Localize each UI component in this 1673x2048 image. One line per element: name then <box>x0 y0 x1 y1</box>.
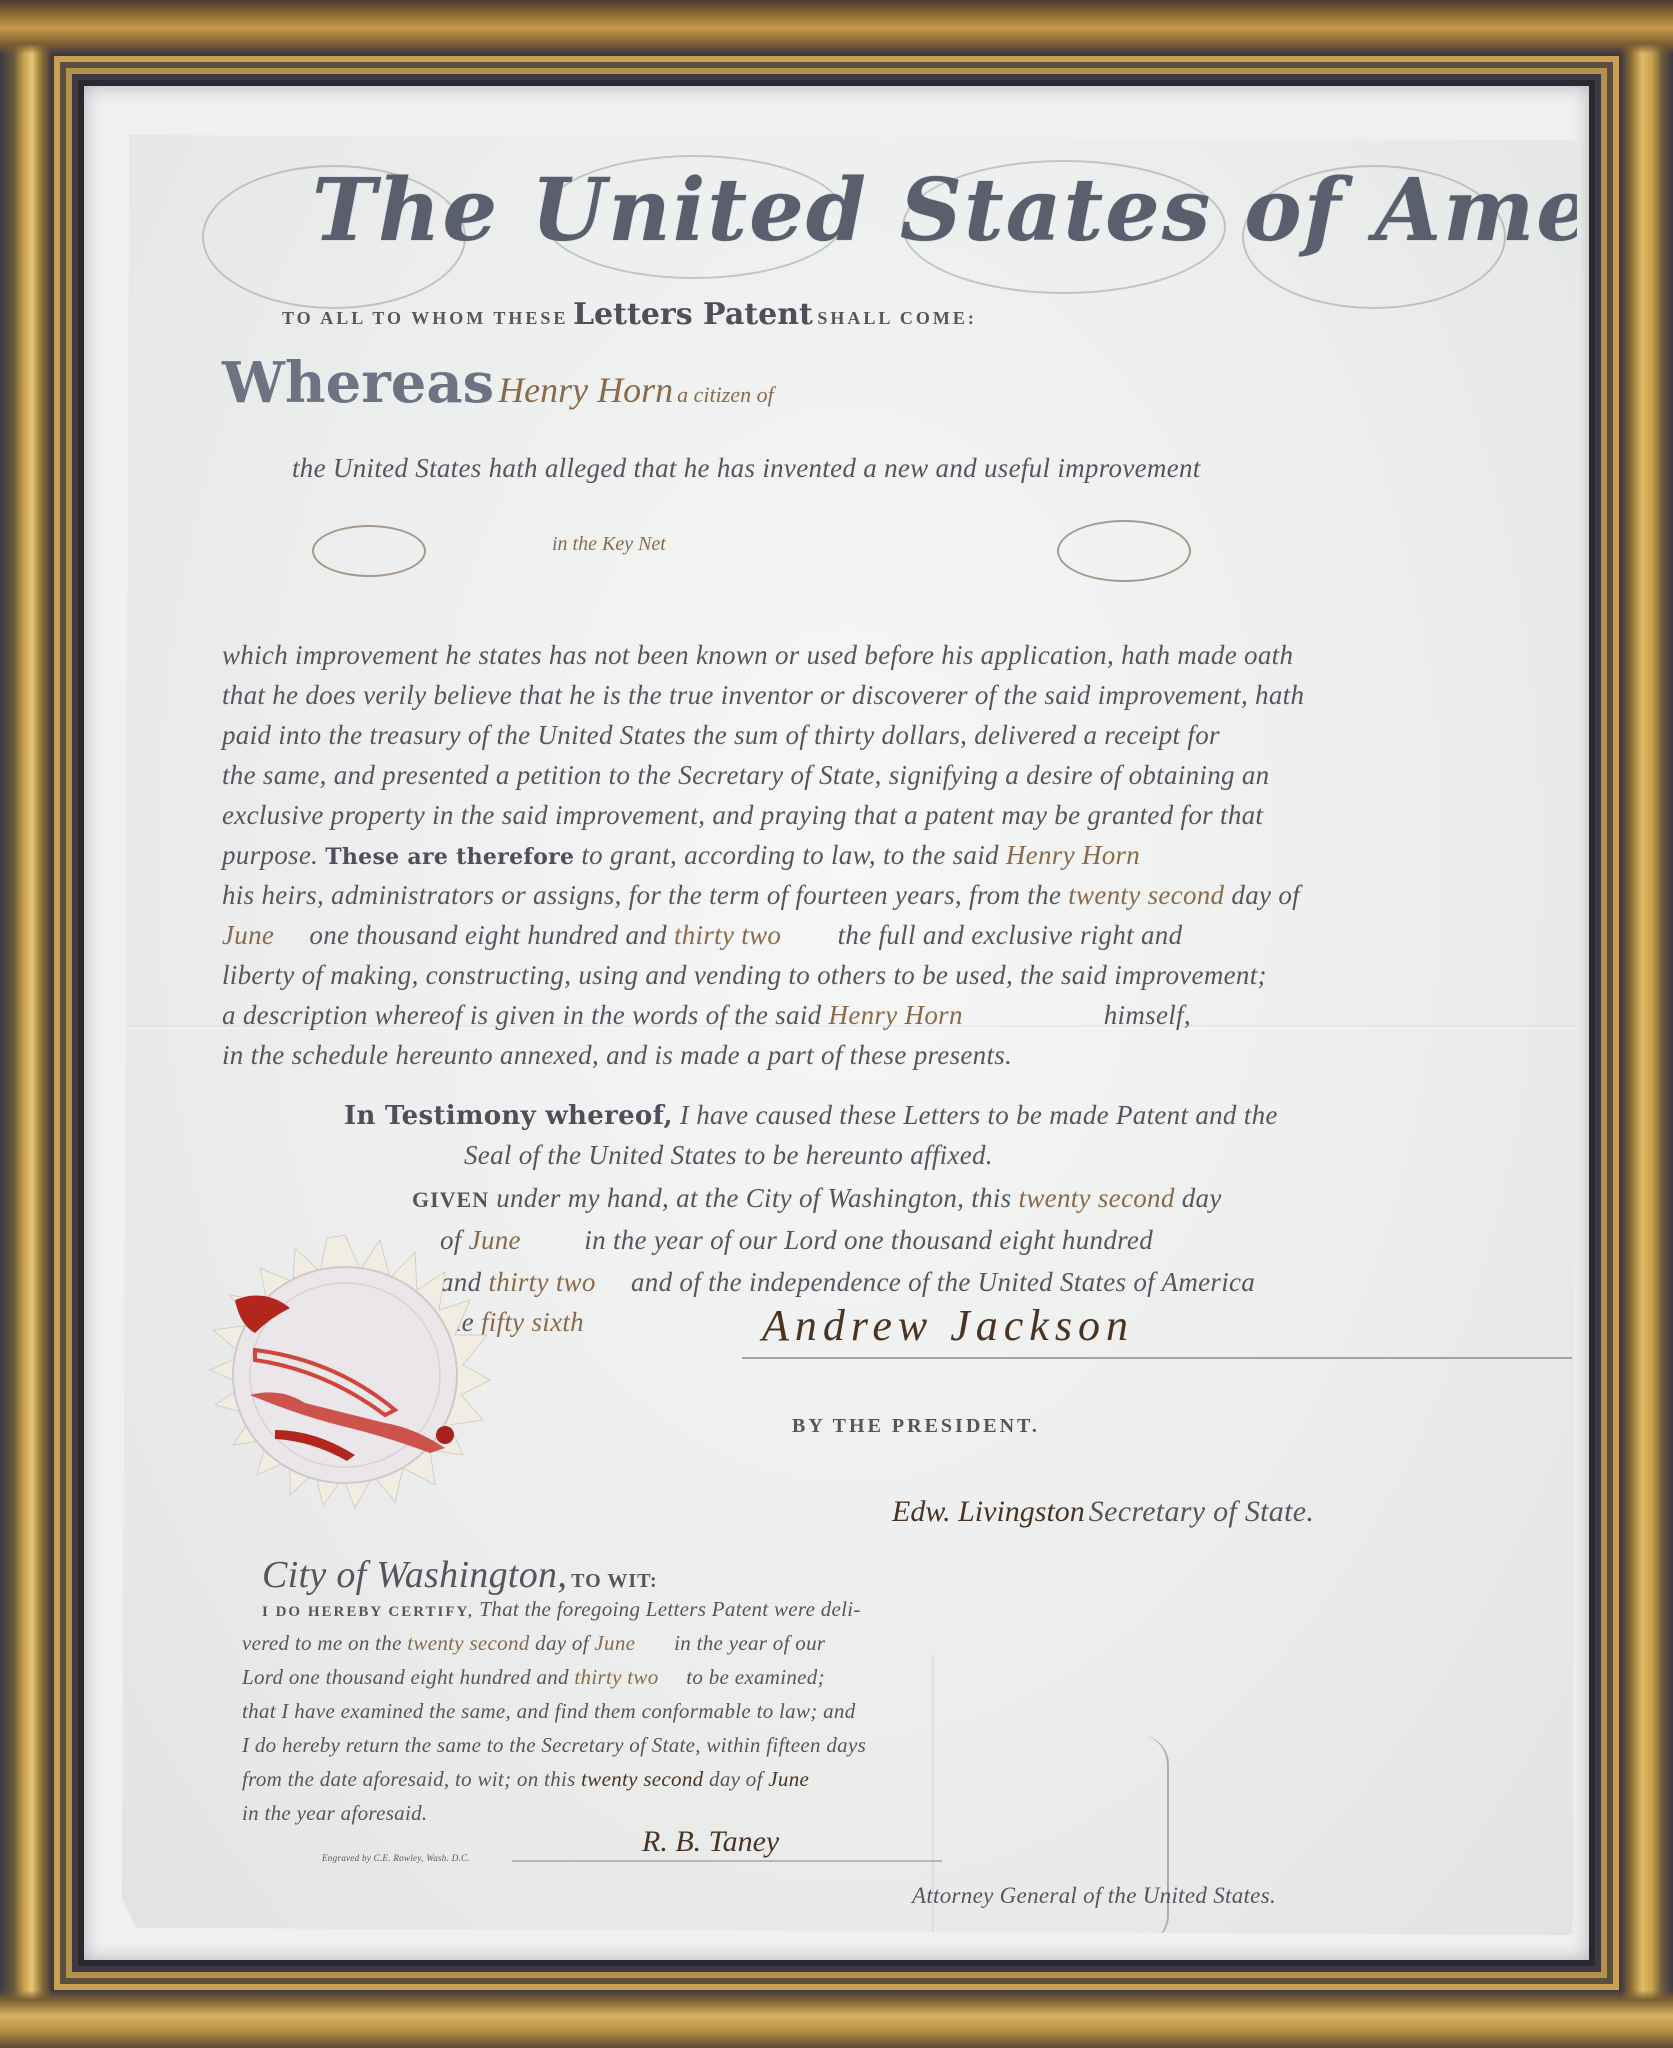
grant-bold: These are therefore <box>325 844 574 870</box>
independence-year: fifty sixth <box>481 1307 584 1337</box>
salutation-suffix: SHALL COME: <box>817 308 977 328</box>
certificate-bracket <box>1137 1735 1169 1945</box>
body-line: paid into the treasury of the United Sta… <box>222 720 1220 751</box>
inventor-note: a citizen of <box>677 382 774 407</box>
grantee-name: Henry Horn <box>829 1000 963 1030</box>
given-text: under my hand, at the City of Washington… <box>496 1183 1011 1213</box>
to-wit: TO WIT: <box>571 1570 657 1592</box>
grant-text: day of <box>1231 880 1300 910</box>
testimony-text: I have caused these Letters to be made P… <box>680 1100 1278 1130</box>
body-line: which improvement he states has not been… <box>222 640 1293 671</box>
given-line-3: and thirty two and of the independence o… <box>440 1267 1255 1298</box>
certificate-line-5: I do hereby return the same to the Secre… <box>242 1733 866 1758</box>
certificate-year: thirty two <box>574 1665 658 1689</box>
whereas-label: Whereas <box>222 350 494 416</box>
grant-line-6: in the schedule hereunto annexed, and is… <box>222 1040 1012 1071</box>
certificate-month: June <box>594 1631 635 1655</box>
seal-icon <box>195 1230 495 1510</box>
signature-underline <box>512 1860 942 1862</box>
given-line: GIVEN under my hand, at the City of Wash… <box>412 1183 1222 1214</box>
certificate-day: twenty second <box>407 1631 529 1655</box>
body-line: that he does verily believe that he is t… <box>222 680 1304 711</box>
attorney-general-title: Attorney General of the United States. <box>912 1883 1276 1909</box>
certificate-day: twenty second <box>581 1767 703 1791</box>
grantee-name: Henry Horn <box>1006 840 1140 870</box>
whereas-line: Whereas Henry Horn a citizen of <box>222 350 774 416</box>
grant-date-month: June <box>222 920 274 950</box>
certificate-text: vered to me on the <box>242 1631 402 1655</box>
grant-lead: purpose. <box>222 840 318 870</box>
patent-document: The United States of America. TO ALL TO … <box>122 135 1577 1935</box>
certificate-text: Lord one thousand eight hundred and <box>242 1665 569 1689</box>
grant-text: one thousand eight hundred and <box>309 920 666 950</box>
by-the-president: BY THE PRESIDENT. <box>792 1415 1040 1438</box>
certificate-text: to be examined; <box>686 1665 825 1689</box>
grant-date-year: thirty two <box>674 920 781 950</box>
certificate-place: City of Washington, <box>262 1554 567 1596</box>
grant-text: the full and exclusive right and <box>838 920 1183 950</box>
salutation-prefix: TO ALL TO WHOM THESE <box>282 308 568 328</box>
secretary-title: Secretary of State. <box>1089 1495 1314 1528</box>
salutation-emphasis: Letters Patent <box>573 297 813 332</box>
body-line: the same, and presented a petition to th… <box>222 760 1269 791</box>
grant-line-2: his heirs, administrators or assigns, fo… <box>222 880 1300 911</box>
given-year: thirty two <box>488 1267 595 1297</box>
certificate-month: June <box>768 1767 809 1791</box>
certificate-line-2: vered to me on the twenty second day of … <box>242 1631 825 1656</box>
signature-underline <box>742 1357 1572 1359</box>
given-text: day <box>1182 1183 1222 1213</box>
grant-line-4: liberty of making, constructing, using a… <box>222 960 1267 991</box>
secretary-signature: Edw. Livingston <box>892 1495 1085 1528</box>
grant-line-5: a description whereof is given in the wo… <box>222 1000 1191 1031</box>
testimony-label: In Testimony whereof, <box>344 1101 673 1131</box>
given-day: twenty second <box>1019 1183 1175 1213</box>
salutation: TO ALL TO WHOM THESE Letters Patent SHAL… <box>282 297 977 332</box>
grant-text: himself, <box>1104 1000 1191 1030</box>
document-title: The United States of America. <box>312 160 1673 261</box>
printer-imprint: Engraved by C.E. Rowley, Wash. D.C. <box>322 1853 470 1863</box>
certificate-line-6: from the date aforesaid, to wit; on this… <box>242 1767 809 1792</box>
grant-line-1: purpose. These are therefore to grant, a… <box>222 840 1140 871</box>
certificate-line-4: that I have examined the same, and find … <box>242 1699 856 1724</box>
given-line-2: of June in the year of our Lord one thou… <box>440 1225 1153 1256</box>
given-label: GIVEN <box>412 1187 489 1212</box>
grant-text: to grant, according to law, to the said <box>581 840 998 870</box>
certificate-line-3: Lord one thousand eight hundred and thir… <box>242 1665 825 1690</box>
given-text: and of the independence of the United St… <box>631 1267 1255 1297</box>
embossed-seal <box>195 1230 495 1510</box>
testimony-line-2: Seal of the United States to be hereunto… <box>464 1140 993 1171</box>
grant-line-3: June one thousand eight hundred and thir… <box>222 920 1182 951</box>
scroll-ornament <box>312 525 426 577</box>
grant-text: his heirs, administrators or assigns, fo… <box>222 880 1061 910</box>
certificate-text: day of <box>535 1631 589 1655</box>
attorney-general-signature: R. B. Taney <box>642 1825 779 1859</box>
president-signature: Andrew Jackson <box>762 1300 1134 1351</box>
certificate-text: day of <box>709 1767 763 1791</box>
secretary-signature-block: Edw. Livingston Secretary of State. <box>892 1495 1314 1529</box>
certificate-text: in the year of our <box>674 1631 825 1655</box>
certificate-line-7: in the year aforesaid. <box>242 1801 427 1826</box>
certificate-heading: City of Washington, TO WIT: <box>262 1553 658 1597</box>
scroll-ornament <box>1057 520 1191 582</box>
certificate-line-1: I DO HEREBY CERTIFY, That the foregoing … <box>262 1597 861 1622</box>
invention-title: in the Key Net <box>552 533 666 556</box>
certify-lead: I DO HEREBY CERTIFY, <box>262 1604 474 1620</box>
grant-text: a description whereof is given in the wo… <box>222 1000 821 1030</box>
body-line: the United States hath alleged that he h… <box>292 453 1201 484</box>
grant-date-day: twenty second <box>1068 880 1224 910</box>
testimony-line-1: In Testimony whereof, I have caused thes… <box>344 1100 1278 1131</box>
certificate-text: from the date aforesaid, to wit; on this <box>242 1767 576 1791</box>
body-line: exclusive property in the said improveme… <box>222 800 1263 831</box>
certificate-text: That the foregoing Letters Patent were d… <box>479 1597 860 1621</box>
inventor-name: Henry Horn <box>498 370 673 410</box>
given-text: in the year of our Lord one thousand eig… <box>584 1225 1153 1255</box>
